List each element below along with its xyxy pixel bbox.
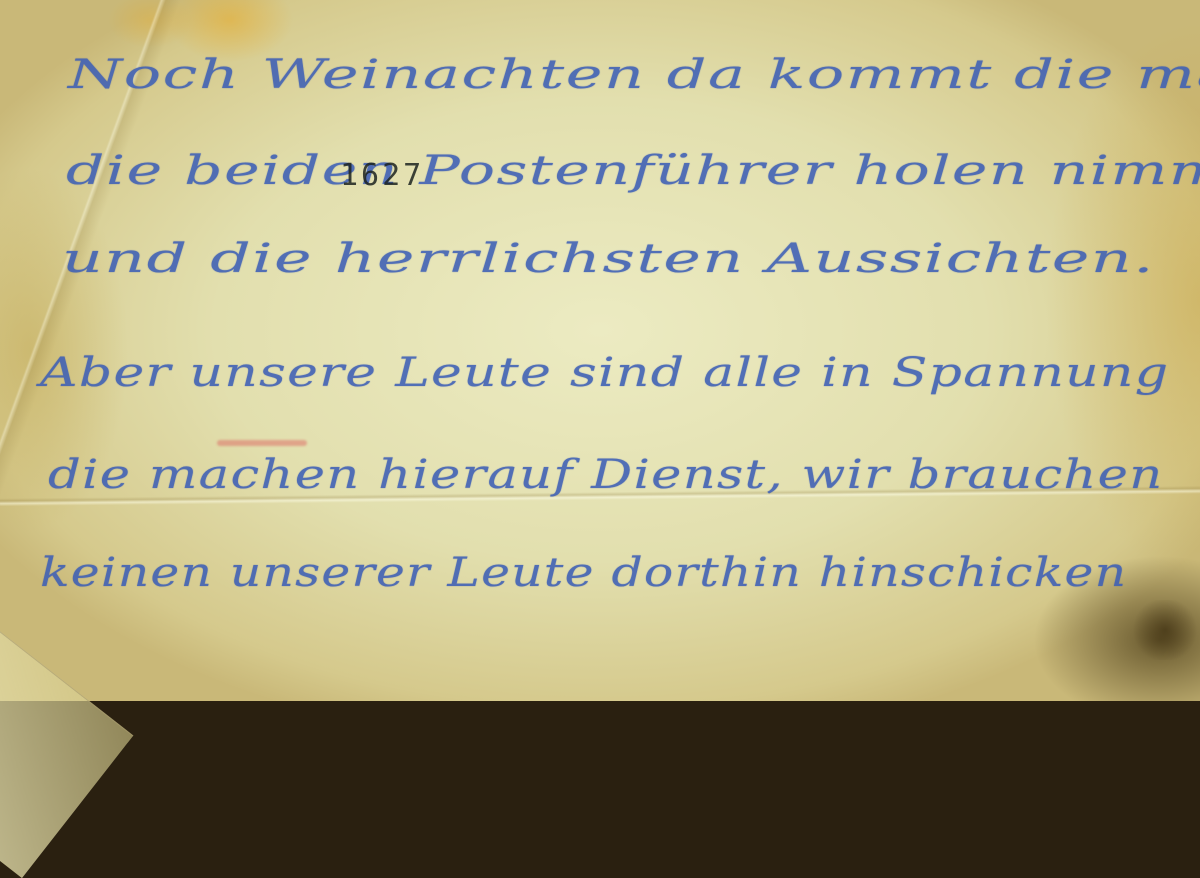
letter-line-6: keinen unserer Leute dorthin hinschicken [40,550,1127,596]
letter-line-1: Noch Weinachten da kommt die mal [68,52,1200,98]
stamped-number: 1627 [340,158,424,193]
letter-line-3: und die herrlichsten Aussichten. [62,236,1155,282]
stain-mark [1130,600,1200,660]
aged-letter-page: Noch Weinachten da kommt die mal die bei… [0,0,1200,701]
letter-line-5: die machen hierauf Dienst, wir brauchen [48,452,1164,498]
letter-line-4: Aber unsere Leute sind alle in Spannung [40,350,1169,396]
letter-line-2: die beiden Postenführer holen nimmer [66,148,1200,194]
red-pencil-mark [217,440,307,446]
folded-corner [0,600,133,701]
